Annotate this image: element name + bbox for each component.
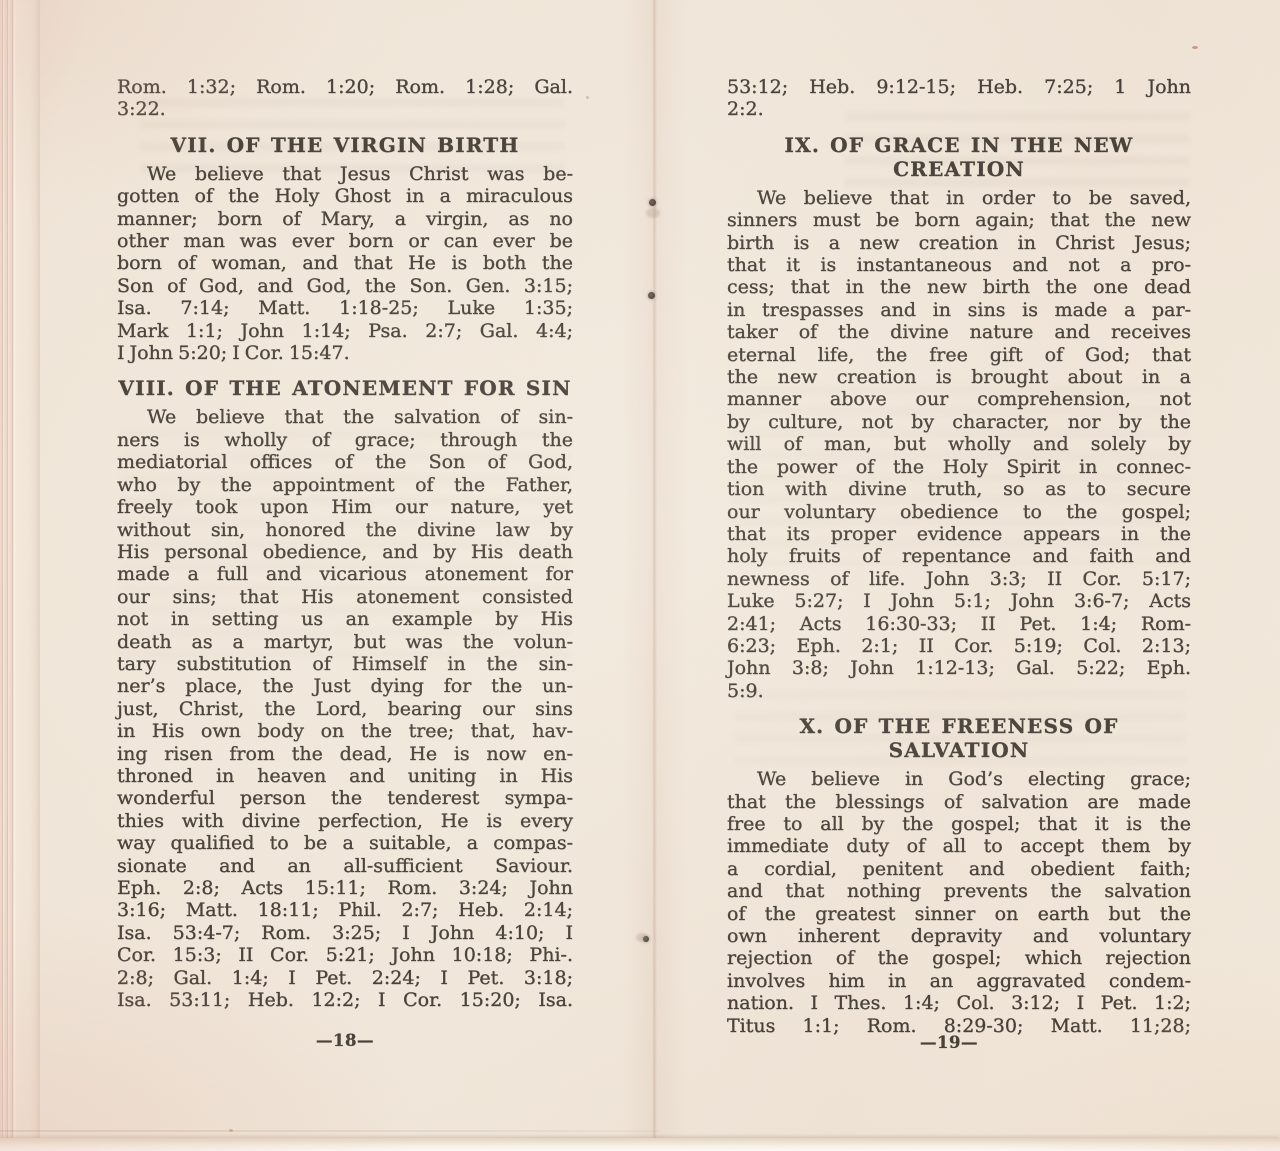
text-line: gotten of the Holy Ghost in a miraculous (117, 185, 573, 207)
paragraph: We believe that Jesus Christ was be-gott… (117, 163, 573, 365)
text-line: way qualified to be a suitable, a compas… (117, 832, 573, 854)
text-line: 53:12; Heb. 9:12-15; Heb. 7:25; 1 John (727, 76, 1191, 98)
text-line: not in setting us an example by His (117, 608, 573, 630)
bottom-crease (0, 1130, 660, 1132)
text-line: sionate and an all-sufficient Saviour. (117, 855, 573, 877)
text-line: tion with divine truth, so as to secure (727, 478, 1191, 500)
heading-line: CREATION (727, 157, 1191, 181)
text-line: own inherent depravity and voluntary (727, 925, 1191, 947)
text-line: manner; born of Mary, a virgin, as no (117, 208, 573, 230)
text-line: I John 5:20; I Cor. 15:47. (117, 342, 573, 364)
text-line: manner above our comprehension, not (727, 388, 1191, 410)
text-line: sinners must be born again; that the new (727, 209, 1191, 231)
text-line: and that nothing prevents the salvation (727, 880, 1191, 902)
text-line: Isa. 53:11; Heb. 12:2; I Cor. 15:20; Isa… (117, 989, 573, 1011)
text-line: ner’s place, the Just dying for the un- (117, 675, 573, 697)
text-line: birth is a new creation in Christ Jesus; (727, 232, 1191, 254)
text-line: nation. I Thes. 1:4; Col. 3:12; I Pet. 1… (727, 992, 1191, 1014)
text-line: of the greatest sinner on earth but the (727, 903, 1191, 925)
text-line: We believe that in order to be saved, (727, 187, 1191, 209)
text-line: involves him in an aggravated condem- (727, 970, 1191, 992)
text-line: 5:9. (727, 680, 1191, 702)
text-line: the power of the Holy Spirit in connec- (727, 456, 1191, 478)
text-line: death as a martyr, but was the volun- (117, 631, 573, 653)
text-line: mediatorial offices of the Son of God, (117, 451, 573, 473)
text-line: 2:41; Acts 16:30-33; II Pet. 1:4; Rom- (727, 613, 1191, 635)
text-line: thies with divine perfection, He is ever… (117, 810, 573, 832)
text-line: born of woman, and that He is both the (117, 252, 573, 274)
paragraph: We believe that the salvation of sin-ner… (117, 406, 573, 1011)
text-line: taker of the divine nature and receives (727, 321, 1191, 343)
text-line: without sin, honored the divine law by (117, 519, 573, 541)
text-line: that it is instantaneous and not a pro- (727, 254, 1191, 276)
text-line: 2:2. (727, 98, 1191, 120)
text-line: free to all by the gospel; that it is th… (727, 813, 1191, 835)
text-line: other man was ever born or can ever be (117, 230, 573, 252)
paragraph: We believe in God’s electing grace;that … (727, 768, 1191, 1037)
text-line: our voluntary obedience to the gospel; (727, 501, 1191, 523)
text-line: Son of God, and God, the Son. Gen. 3:15; (117, 275, 573, 297)
paper-speck (1192, 46, 1198, 49)
page-19-column: 53:12; Heb. 9:12-15; Heb. 7:25; 1 John2:… (727, 76, 1191, 1037)
text-line: a cordial, penitent and obedient faith; (727, 858, 1191, 880)
staple-smudge (646, 208, 660, 218)
staple-dot (648, 292, 655, 299)
gutter-crease (652, 0, 657, 1140)
page-number: —19— (717, 1033, 1181, 1052)
text-line: John 3:8; John 1:12-13; Gal. 5:22; Eph. (727, 657, 1191, 679)
page-number: —18— (117, 1031, 573, 1050)
text-line: 2:8; Gal. 1:4; I Pet. 2:24; I Pet. 3:18; (117, 967, 573, 989)
book-scan: { "colors": { "paper": "#f0e6d8", "paper… (0, 0, 1280, 1151)
heading-line: IX. OF GRACE IN THE NEW (727, 133, 1191, 157)
book-page-edges (0, 0, 14, 1138)
staple-dot (649, 199, 656, 206)
text-line: ners is wholly of grace; through the (117, 429, 573, 451)
text-line: rejection of the gospel; which rejection (727, 947, 1191, 969)
text-line: We believe in God’s electing grace; (727, 768, 1191, 790)
text-line: freely took upon Him our nature, yet (117, 496, 573, 518)
text-line: cess; that in the new birth the one dead (727, 276, 1191, 298)
heading-line: VIII. OF THE ATONEMENT FOR SIN (117, 376, 573, 400)
text-line: in His own body on the tree; that, hav- (117, 720, 573, 742)
text-line: We believe that the salvation of sin- (117, 406, 573, 428)
text-line: eternal life, the free gift of God; that (727, 344, 1191, 366)
text-line: just, Christ, the Lord, bearing our sins (117, 698, 573, 720)
text-line: 3:16; Matt. 18:11; Phil. 2:7; Heb. 2:14; (117, 899, 573, 921)
text-line: Luke 5:27; I John 5:1; John 3:6-7; Acts (727, 590, 1191, 612)
paper-speck (229, 1129, 233, 1132)
section-heading: VII. OF THE VIRGIN BIRTH (117, 133, 573, 157)
section-heading: X. OF THE FREENESS OFSALVATION (727, 714, 1191, 762)
text-line: who by the appointment of the Father, (117, 474, 573, 496)
text-line: newness of life. John 3:3; II Cor. 5:17; (727, 568, 1191, 590)
text-line: Eph. 2:8; Acts 15:11; Rom. 3:24; John (117, 877, 573, 899)
book-page-edge-band (14, 0, 40, 1138)
text-line: Cor. 15:3; II Cor. 5:21; John 10:18; Phi… (117, 944, 573, 966)
text-line: wonderful person the tenderest sympa- (117, 787, 573, 809)
text-line: the new creation is brought about in a (727, 366, 1191, 388)
text-line: 3:22. (117, 98, 573, 120)
text-line: our sins; that His atonement consisted (117, 586, 573, 608)
text-line: that the blessings of salvation are made (727, 791, 1191, 813)
text-line: will of man, but wholly and solely by (727, 433, 1191, 455)
heading-line: VII. OF THE VIRGIN BIRTH (117, 133, 573, 157)
text-line: 6:23; Eph. 2:1; II Cor. 5:19; Col. 2:13; (727, 635, 1191, 657)
text-line: by culture, not by character, nor by the (727, 411, 1191, 433)
heading-line: SALVATION (727, 738, 1191, 762)
section-heading: IX. OF GRACE IN THE NEWCREATION (727, 133, 1191, 181)
text-line: ing risen from the dead, He is now en- (117, 743, 573, 765)
paragraph: 53:12; Heb. 9:12-15; Heb. 7:25; 1 John2:… (727, 76, 1191, 121)
staple-smudge (636, 933, 648, 942)
paper-speck (586, 96, 589, 99)
text-line: His personal obedience, and by His death (117, 541, 573, 563)
text-line: made a full and vicarious atonement for (117, 563, 573, 585)
page-bottom-edge (0, 1138, 1280, 1151)
page-18-column: Rom. 1:32; Rom. 1:20; Rom. 1:28; Gal.3:2… (117, 76, 573, 1011)
text-line: tary substitution of Himself in the sin- (117, 653, 573, 675)
section-heading: VIII. OF THE ATONEMENT FOR SIN (117, 376, 573, 400)
text-line: in trespasses and in sins is made a par- (727, 299, 1191, 321)
text-line: Rom. 1:32; Rom. 1:20; Rom. 1:28; Gal. (117, 76, 573, 98)
paragraph: We believe that in order to be saved,sin… (727, 187, 1191, 702)
text-line: Mark 1:1; John 1:14; Psa. 2:7; Gal. 4:4; (117, 320, 573, 342)
text-line: We believe that Jesus Christ was be- (117, 163, 573, 185)
text-line: immediate duty of all to accept them by (727, 835, 1191, 857)
heading-line: X. OF THE FREENESS OF (727, 714, 1191, 738)
paragraph: Rom. 1:32; Rom. 1:20; Rom. 1:28; Gal.3:2… (117, 76, 573, 121)
text-line: throned in heaven and uniting in His (117, 765, 573, 787)
text-line: that its proper evidence appears in the (727, 523, 1191, 545)
text-line: Isa. 7:14; Matt. 1:18-25; Luke 1:35; (117, 297, 573, 319)
text-line: holy fruits of repentance and faith and (727, 545, 1191, 567)
text-line: Isa. 53:4-7; Rom. 3:25; I John 4:10; I (117, 922, 573, 944)
